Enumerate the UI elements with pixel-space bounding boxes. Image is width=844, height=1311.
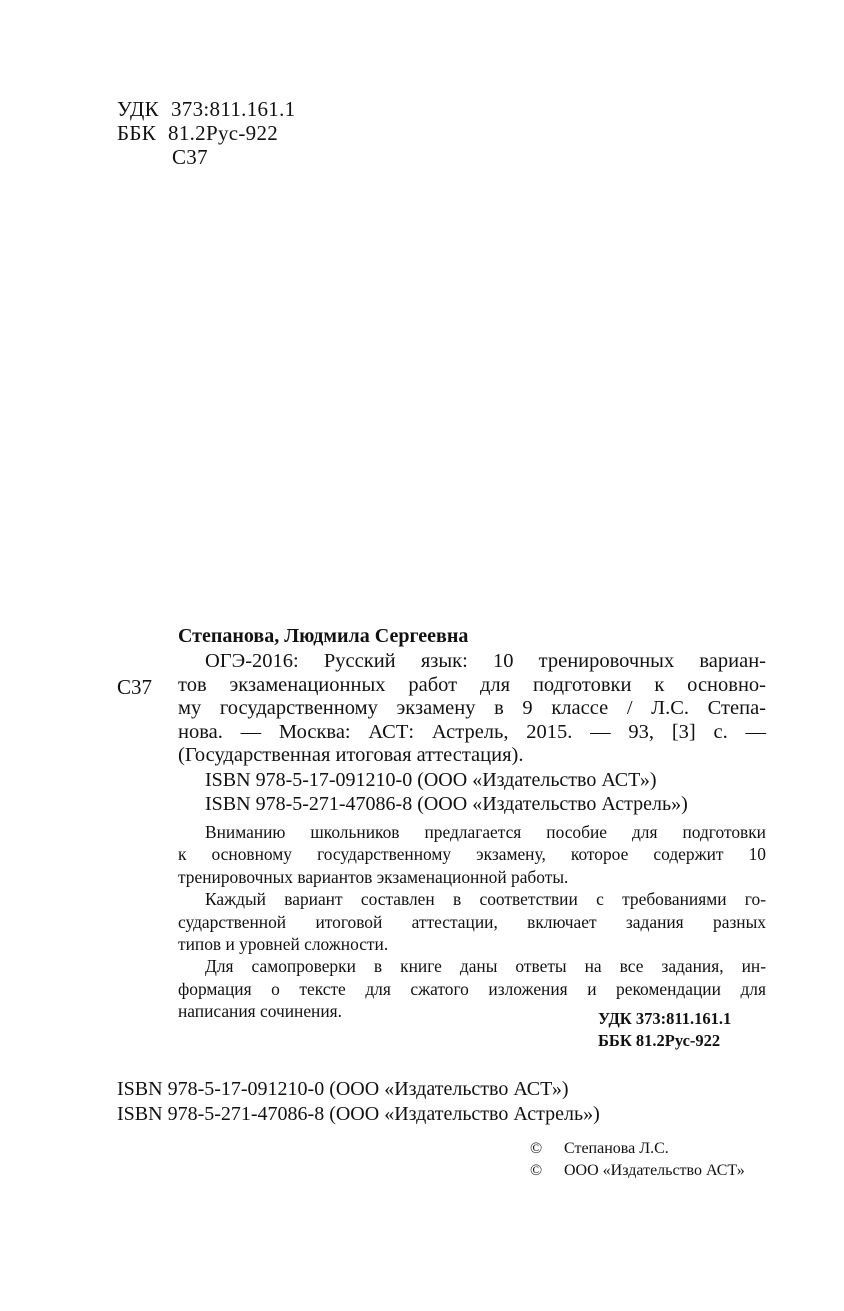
annotation-line: сударственной итоговой аттестации, включ…: [178, 911, 766, 933]
isbn-ast: ISBN 978-5-17-091210-0 (ООО «Издательств…: [117, 1077, 600, 1102]
annotation-line: формация о тексте для сжатого изложения …: [178, 978, 766, 1000]
copyright-icon: ©: [530, 1160, 564, 1182]
copyright-author: ©Степанова Л.С.: [530, 1138, 745, 1160]
description-line: нова. — Москва: АСТ: Астрель, 2015. — 93…: [178, 721, 766, 745]
description-line: (Государственная итоговая аттестация).: [178, 744, 766, 768]
annotation-line: типов и уровней сложности.: [178, 933, 766, 955]
description-line: му государственному экзамену в 9 классе …: [178, 697, 766, 721]
copyright-holder: Степанова Л.С.: [564, 1140, 669, 1157]
udk-bold: УДК 373:811.161.1: [598, 1008, 731, 1030]
copyright-icon: ©: [530, 1138, 564, 1160]
bbk-bold: ББК 81.2Рус-922: [598, 1030, 731, 1052]
bbk-label: ББК: [117, 121, 156, 145]
annotation-line: тренировочных вариантов экзаменационной …: [178, 866, 766, 888]
isbn-bottom: ISBN 978-5-17-091210-0 (ООО «Издательств…: [117, 1077, 600, 1127]
annotation-line: Вниманию школьников предлагается пособие…: [178, 821, 766, 843]
description-line: ОГЭ-2016: Русский язык: 10 тренировочных…: [178, 650, 766, 674]
isbn-astrel: ISBN 978-5-271-47086-8 (ООО «Издательств…: [117, 1102, 600, 1127]
description-line: тов экзаменационных работ для подготовки…: [178, 674, 766, 698]
udk-label: УДК: [117, 97, 159, 121]
classification-codes-bold: УДК 373:811.161.1 ББК 81.2Рус-922: [598, 1008, 731, 1052]
annotation-line: Каждый вариант составлен в соответствии …: [178, 888, 766, 910]
isbn-astrel-record: ISBN 978-5-271-47086-8 (ООО «Издательств…: [205, 792, 688, 816]
author-sign-top: С37: [117, 145, 295, 169]
top-classification-codes: УДК373:811.161.1 ББК81.2Рус-922 С37: [117, 97, 295, 169]
copyright-block: ©Степанова Л.С. ©ООО «Издательство АСТ»: [530, 1138, 745, 1182]
annotation: Вниманию школьников предлагается пособие…: [178, 821, 766, 1023]
annotation-line: к основному государственному экзамену, к…: [178, 843, 766, 865]
bbk-value: 81.2Рус-922: [168, 121, 278, 145]
copyright-holder: ООО «Издательство АСТ»: [564, 1162, 745, 1179]
author-sign-side: С37: [117, 675, 152, 699]
bibliographic-description: ОГЭ-2016: Русский язык: 10 тренировочных…: [178, 650, 766, 768]
bbk-line: ББК81.2Рус-922: [117, 121, 295, 145]
isbn-ast-record: ISBN 978-5-17-091210-0 (ООО «Издательств…: [205, 768, 657, 792]
copyright-publisher: ©ООО «Издательство АСТ»: [530, 1160, 745, 1182]
udk-line: УДК373:811.161.1: [117, 97, 295, 121]
udk-value: 373:811.161.1: [171, 97, 295, 121]
annotation-line: Для самопроверки в книге даны ответы на …: [178, 955, 766, 977]
author-name: Степанова, Людмила Сергеевна: [178, 624, 468, 648]
